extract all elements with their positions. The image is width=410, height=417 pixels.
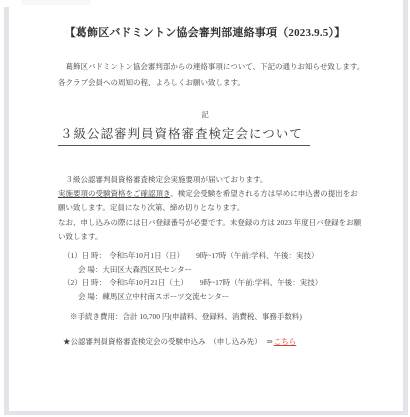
schedule-list: （1）日 時：令和5年10月1日（日）9時~17時（午前:学科、午後：実技） 会… <box>63 249 352 303</box>
notice-content: 【葛飾区バドミントン協会審判部連絡事項（2023.9.5）】 葛飾区バドミントン… <box>58 0 352 347</box>
schedule-item-2: （2）日 時：令和5年10月21日（土）9時~17時（午前:学科、午後：実技） … <box>63 276 352 303</box>
body-line-3: 願い致します。定員になり次第、締め切りとなります。 <box>58 201 352 215</box>
body-line-1: ３級公認審判員資格審査検定会実施要項が届いております。 <box>58 173 352 187</box>
venue-value: 練馬区立中村南スポーツ交流センター <box>102 292 229 301</box>
document-page: 【葛飾区バドミントン協会審判部連絡事項（2023.9.5）】 葛飾区バドミントン… <box>0 0 410 417</box>
section-heading-row: ３級公認審判員資格審査検定会について <box>58 124 352 146</box>
time-value: 9時~17時（午前:学科、午後：実技） <box>196 251 318 260</box>
star-icon: ★ <box>63 337 71 346</box>
photo-edge-bottom <box>4 411 408 415</box>
intro-line-1: 葛飾区バドミントン協会審判部からの連絡事項について、下記の通りお知らせ致します。 <box>58 59 352 75</box>
venue-label: 会 場： <box>78 265 102 274</box>
fee-note: ※手続き費用：合計 10,700 円(申請料、登録料、消費税、事務手数料) <box>70 311 352 322</box>
apply-link[interactable]: こちら <box>274 337 297 346</box>
schedule-venue-line: 会 場：大田区大森西区民センター <box>63 263 352 277</box>
schedule-venue-line: 会 場：練馬区立中村南スポーツ交流センター <box>63 290 352 304</box>
venue-value: 大田区大森西区民センター <box>102 265 192 274</box>
ki-label: 記 <box>58 109 352 120</box>
schedule-date-line: （2）日 時：令和5年10月21日（土）9時~17時（午前:学科、午後：実技） <box>63 276 352 290</box>
underlined-eligibility-note: 実施要項の受験資格をご確認頂き <box>58 189 170 198</box>
intro-line-2: 各クラブ会員への周知の程、よろしくお願い致します。 <box>58 75 352 91</box>
photo-edge-right <box>403 0 408 413</box>
time-value: 9時~17時（午前:学科、午後：実技） <box>200 278 322 287</box>
date-value: 令和5年10月21日（土） <box>109 278 188 287</box>
date-value: 令和5年10月1日（日） <box>109 251 184 260</box>
intro-paragraph: 葛飾区バドミントン協会審判部からの連絡事項について、下記の通りお知らせ致します。… <box>58 59 352 90</box>
section-heading: ３級公認審判員資格審査検定会について <box>58 124 310 146</box>
apply-line: ★公認審判員資格審査検定会の受験申込み （申し込み先） ⇒こちら <box>63 336 352 347</box>
venue-label: 会 場： <box>78 292 102 301</box>
schedule-item-1: （1）日 時：令和5年10月1日（日）9時~17時（午前:学科、午後：実技） 会… <box>63 249 352 276</box>
body-line-4: なお、申し込みの際には日バ登録番号が必要です。未登録の方は 2023 年度日バ登… <box>58 216 352 230</box>
body-line-2-rest: 、検定会受験を希望される方は早めに申込書の提出をお <box>170 189 358 198</box>
body-line-5: い致します。 <box>58 230 352 244</box>
date-label: （2）日 時： <box>63 278 106 287</box>
body-line-2: 実施要項の受験資格をご確認頂き、検定会受験を希望される方は早めに申込書の提出をお <box>58 187 352 201</box>
date-label: （1）日 時： <box>63 251 106 260</box>
arrow-icon: ⇒ <box>267 337 273 346</box>
photo-edge-left <box>4 7 9 413</box>
notice-title: 【葛飾区バドミントン協会審判部連絡事項（2023.9.5）】 <box>58 24 352 40</box>
apply-text: 公認審判員資格審査検定会の受験申込み （申し込み先） <box>71 337 266 346</box>
body-paragraph: ３級公認審判員資格審査検定会実施要項が届いております。 実施要項の受験資格をご確… <box>58 173 352 244</box>
schedule-date-line: （1）日 時：令和5年10月1日（日）9時~17時（午前:学科、午後：実技） <box>63 249 352 263</box>
